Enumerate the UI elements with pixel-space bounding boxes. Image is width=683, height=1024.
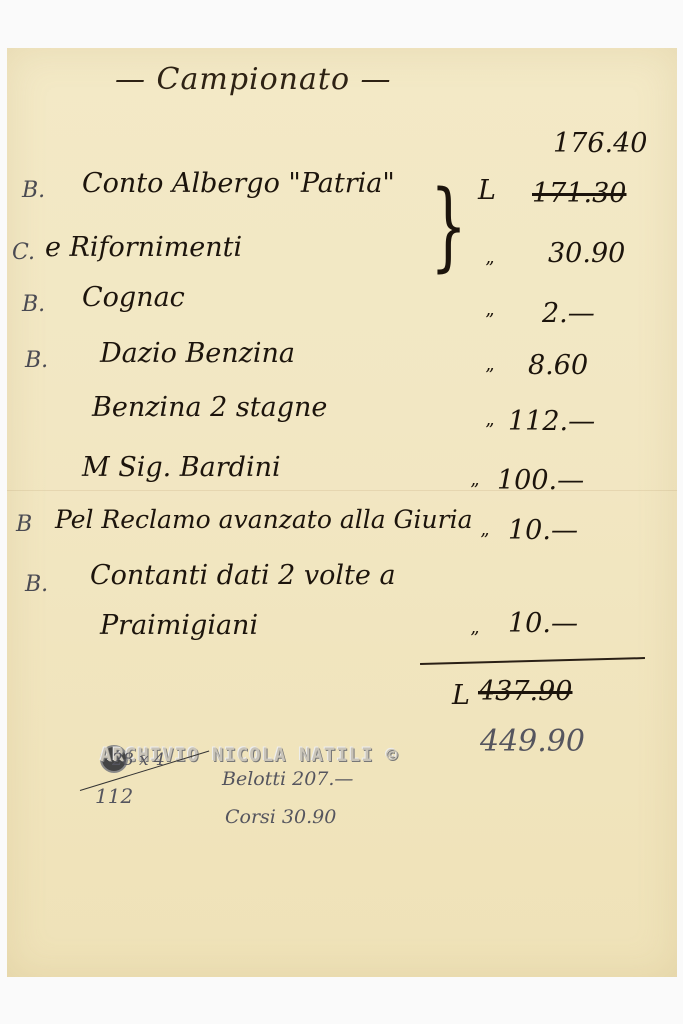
item-amount: 10.— [508, 608, 578, 639]
item-amount: 10.— [508, 515, 578, 546]
total-amount-struck: 437.90 [478, 676, 572, 707]
ditto-mark: ” [485, 310, 494, 331]
pencil-note-1: Belotti 207.— [222, 768, 353, 790]
document-title: — Campionato — [115, 62, 392, 97]
ditto-mark: ” [485, 365, 494, 386]
ditto-mark: ” [470, 480, 479, 501]
calc-note-result: 112 [95, 784, 133, 808]
item-description: Benzina 2 stagne [92, 392, 327, 423]
item-mark: B. [25, 348, 48, 373]
ditto-mark: ” [485, 420, 494, 441]
item-description: e Rifornimenti [45, 232, 242, 263]
item-mark: B. [25, 572, 48, 597]
item-description: M Sig. Bardini [82, 452, 281, 483]
item-mark: B. [22, 292, 45, 317]
brace: } [430, 178, 467, 274]
item-mark: B [16, 512, 32, 537]
item-description: Conto Albergo "Patria" [82, 168, 395, 199]
item-amount: 2.— [542, 298, 595, 329]
item-description: Contanti dati 2 volte a [90, 560, 396, 591]
total-amount: 449.90 [480, 724, 585, 759]
item-description: Dazio Benzina [100, 338, 295, 369]
item-amount: 112.— [508, 406, 595, 437]
item-mark: B. [22, 178, 45, 203]
currency-symbol: L [478, 175, 496, 206]
item-amount: 176.40 [553, 128, 647, 159]
item-amount: 30.90 [548, 238, 625, 269]
ditto-mark: ” [485, 258, 494, 279]
item-description: Pel Reclamo avanzato alla Giuria [55, 505, 472, 534]
ditto-mark: ” [480, 530, 489, 551]
item-description: Cognac [82, 282, 185, 313]
total-currency-symbol: L [452, 680, 470, 711]
item-amount-struck: 171.30 [532, 178, 626, 209]
item-amount: 100.— [497, 465, 584, 496]
item-description: Praimigiani [100, 610, 258, 641]
item-amount: 8.60 [528, 350, 588, 381]
pencil-note-2: Corsi 30.90 [225, 806, 336, 828]
ditto-mark: ” [470, 628, 479, 649]
item-mark: C. [12, 240, 35, 265]
